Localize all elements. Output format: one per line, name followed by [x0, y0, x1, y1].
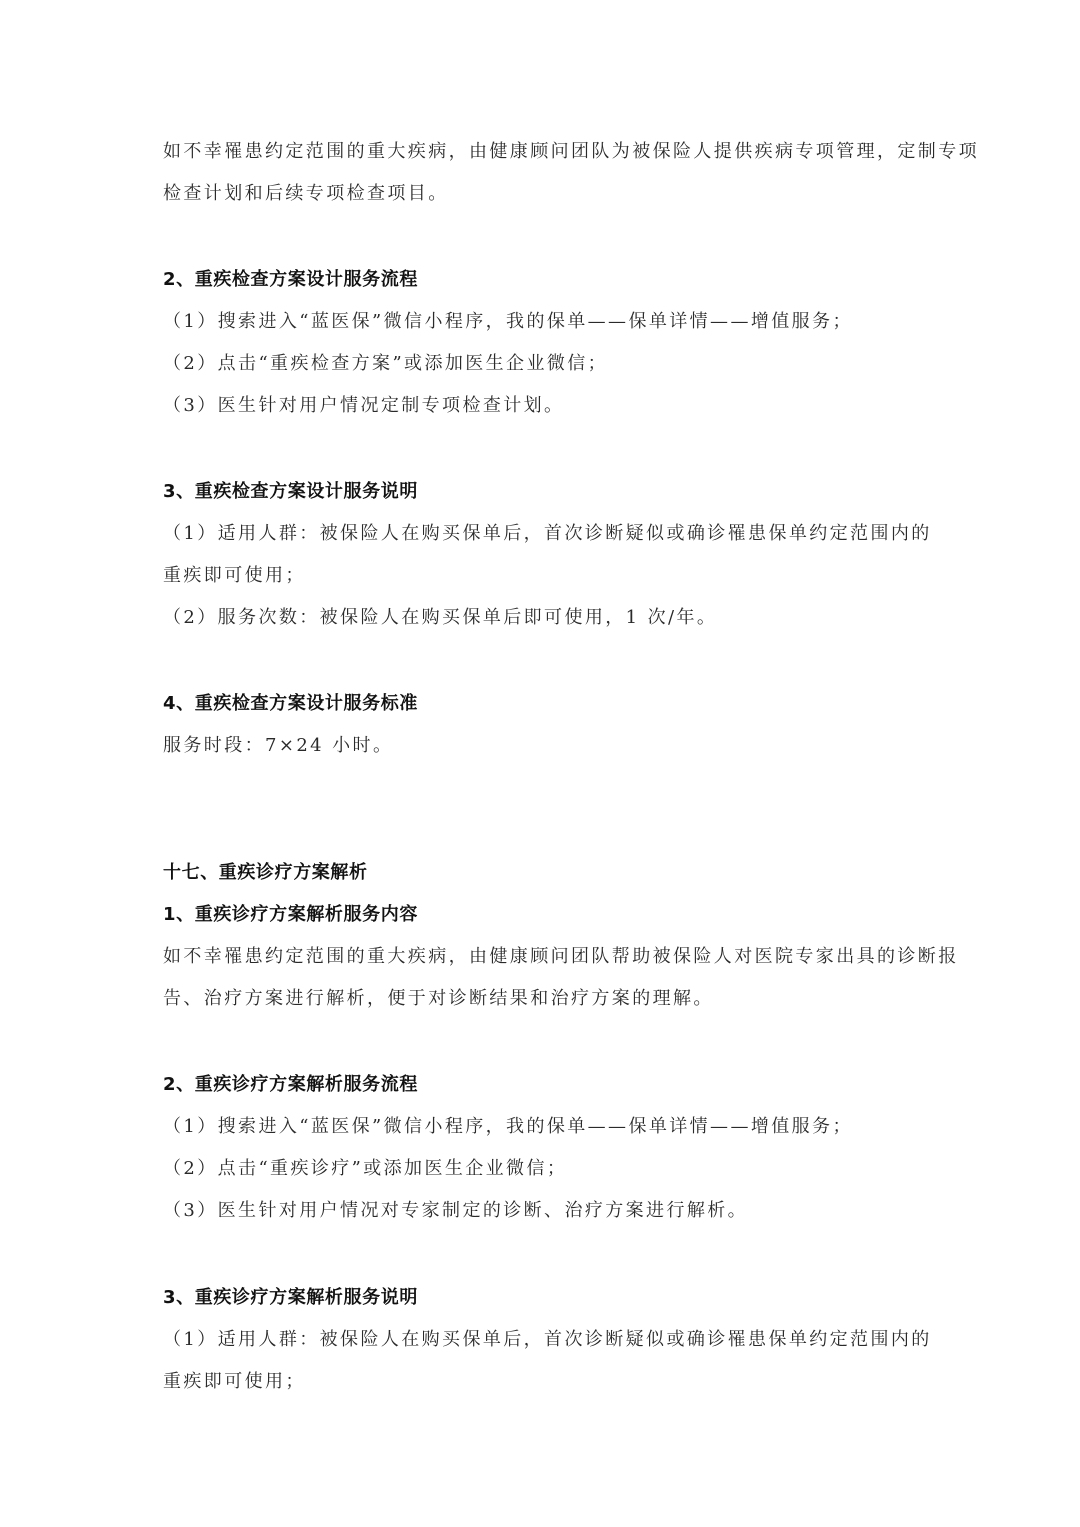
list-item: 重疾即可使用；	[163, 564, 306, 588]
list-item: （2）点击“重疾诊疗”或添加医生企业微信；	[163, 1157, 567, 1181]
list-item: （2）服务次数：被保险人在购买保单后即可使用，1 次/年。	[163, 606, 717, 630]
paragraph-line: 服务时段：7×24 小时。	[163, 734, 393, 758]
list-item: （3）医生针对用户情况对专家制定的诊断、治疗方案进行解析。	[163, 1199, 748, 1223]
section-heading: 2、重疾检查方案设计服务流程	[163, 268, 418, 292]
list-item: （1）适用人群：被保险人在购买保单后，首次诊断疑似或确诊罹患保单约定范围内的	[163, 522, 932, 546]
list-item: （1）搜索进入“蓝医保”微信小程序，我的保单——保单详情——增值服务；	[163, 310, 853, 334]
list-item: （1）搜索进入“蓝医保”微信小程序，我的保单——保单详情——增值服务；	[163, 1115, 853, 1139]
chapter-title: 十七、重疾诊疗方案解析	[163, 861, 368, 885]
list-item: 重疾即可使用；	[163, 1370, 306, 1394]
section-heading: 3、重疾检查方案设计服务说明	[163, 480, 418, 504]
list-item: （2）点击“重疾检查方案”或添加医生企业微信；	[163, 352, 608, 376]
section-heading: 1、重疾诊疗方案解析服务内容	[163, 903, 418, 927]
list-item: （1）适用人群：被保险人在购买保单后，首次诊断疑似或确诊罹患保单约定范围内的	[163, 1328, 932, 1352]
section-heading: 2、重疾诊疗方案解析服务流程	[163, 1073, 418, 1097]
paragraph-line: 检查计划和后续专项检查项目。	[163, 182, 449, 206]
section-heading: 3、重疾诊疗方案解析服务说明	[163, 1286, 418, 1310]
paragraph-line: 如不幸罹患约定范围的重大疾病，由健康顾问团队帮助被保险人对医院专家出具的诊断报	[163, 945, 959, 969]
section-heading: 4、重疾检查方案设计服务标准	[163, 692, 418, 716]
list-item: （3）医生针对用户情况定制专项检查计划。	[163, 394, 564, 418]
paragraph-line: 告、治疗方案进行解析，便于对诊断结果和治疗方案的理解。	[163, 987, 714, 1011]
paragraph-line: 如不幸罹患约定范围的重大疾病，由健康顾问团队为被保险人提供疾病专项管理，定制专项	[163, 140, 979, 164]
